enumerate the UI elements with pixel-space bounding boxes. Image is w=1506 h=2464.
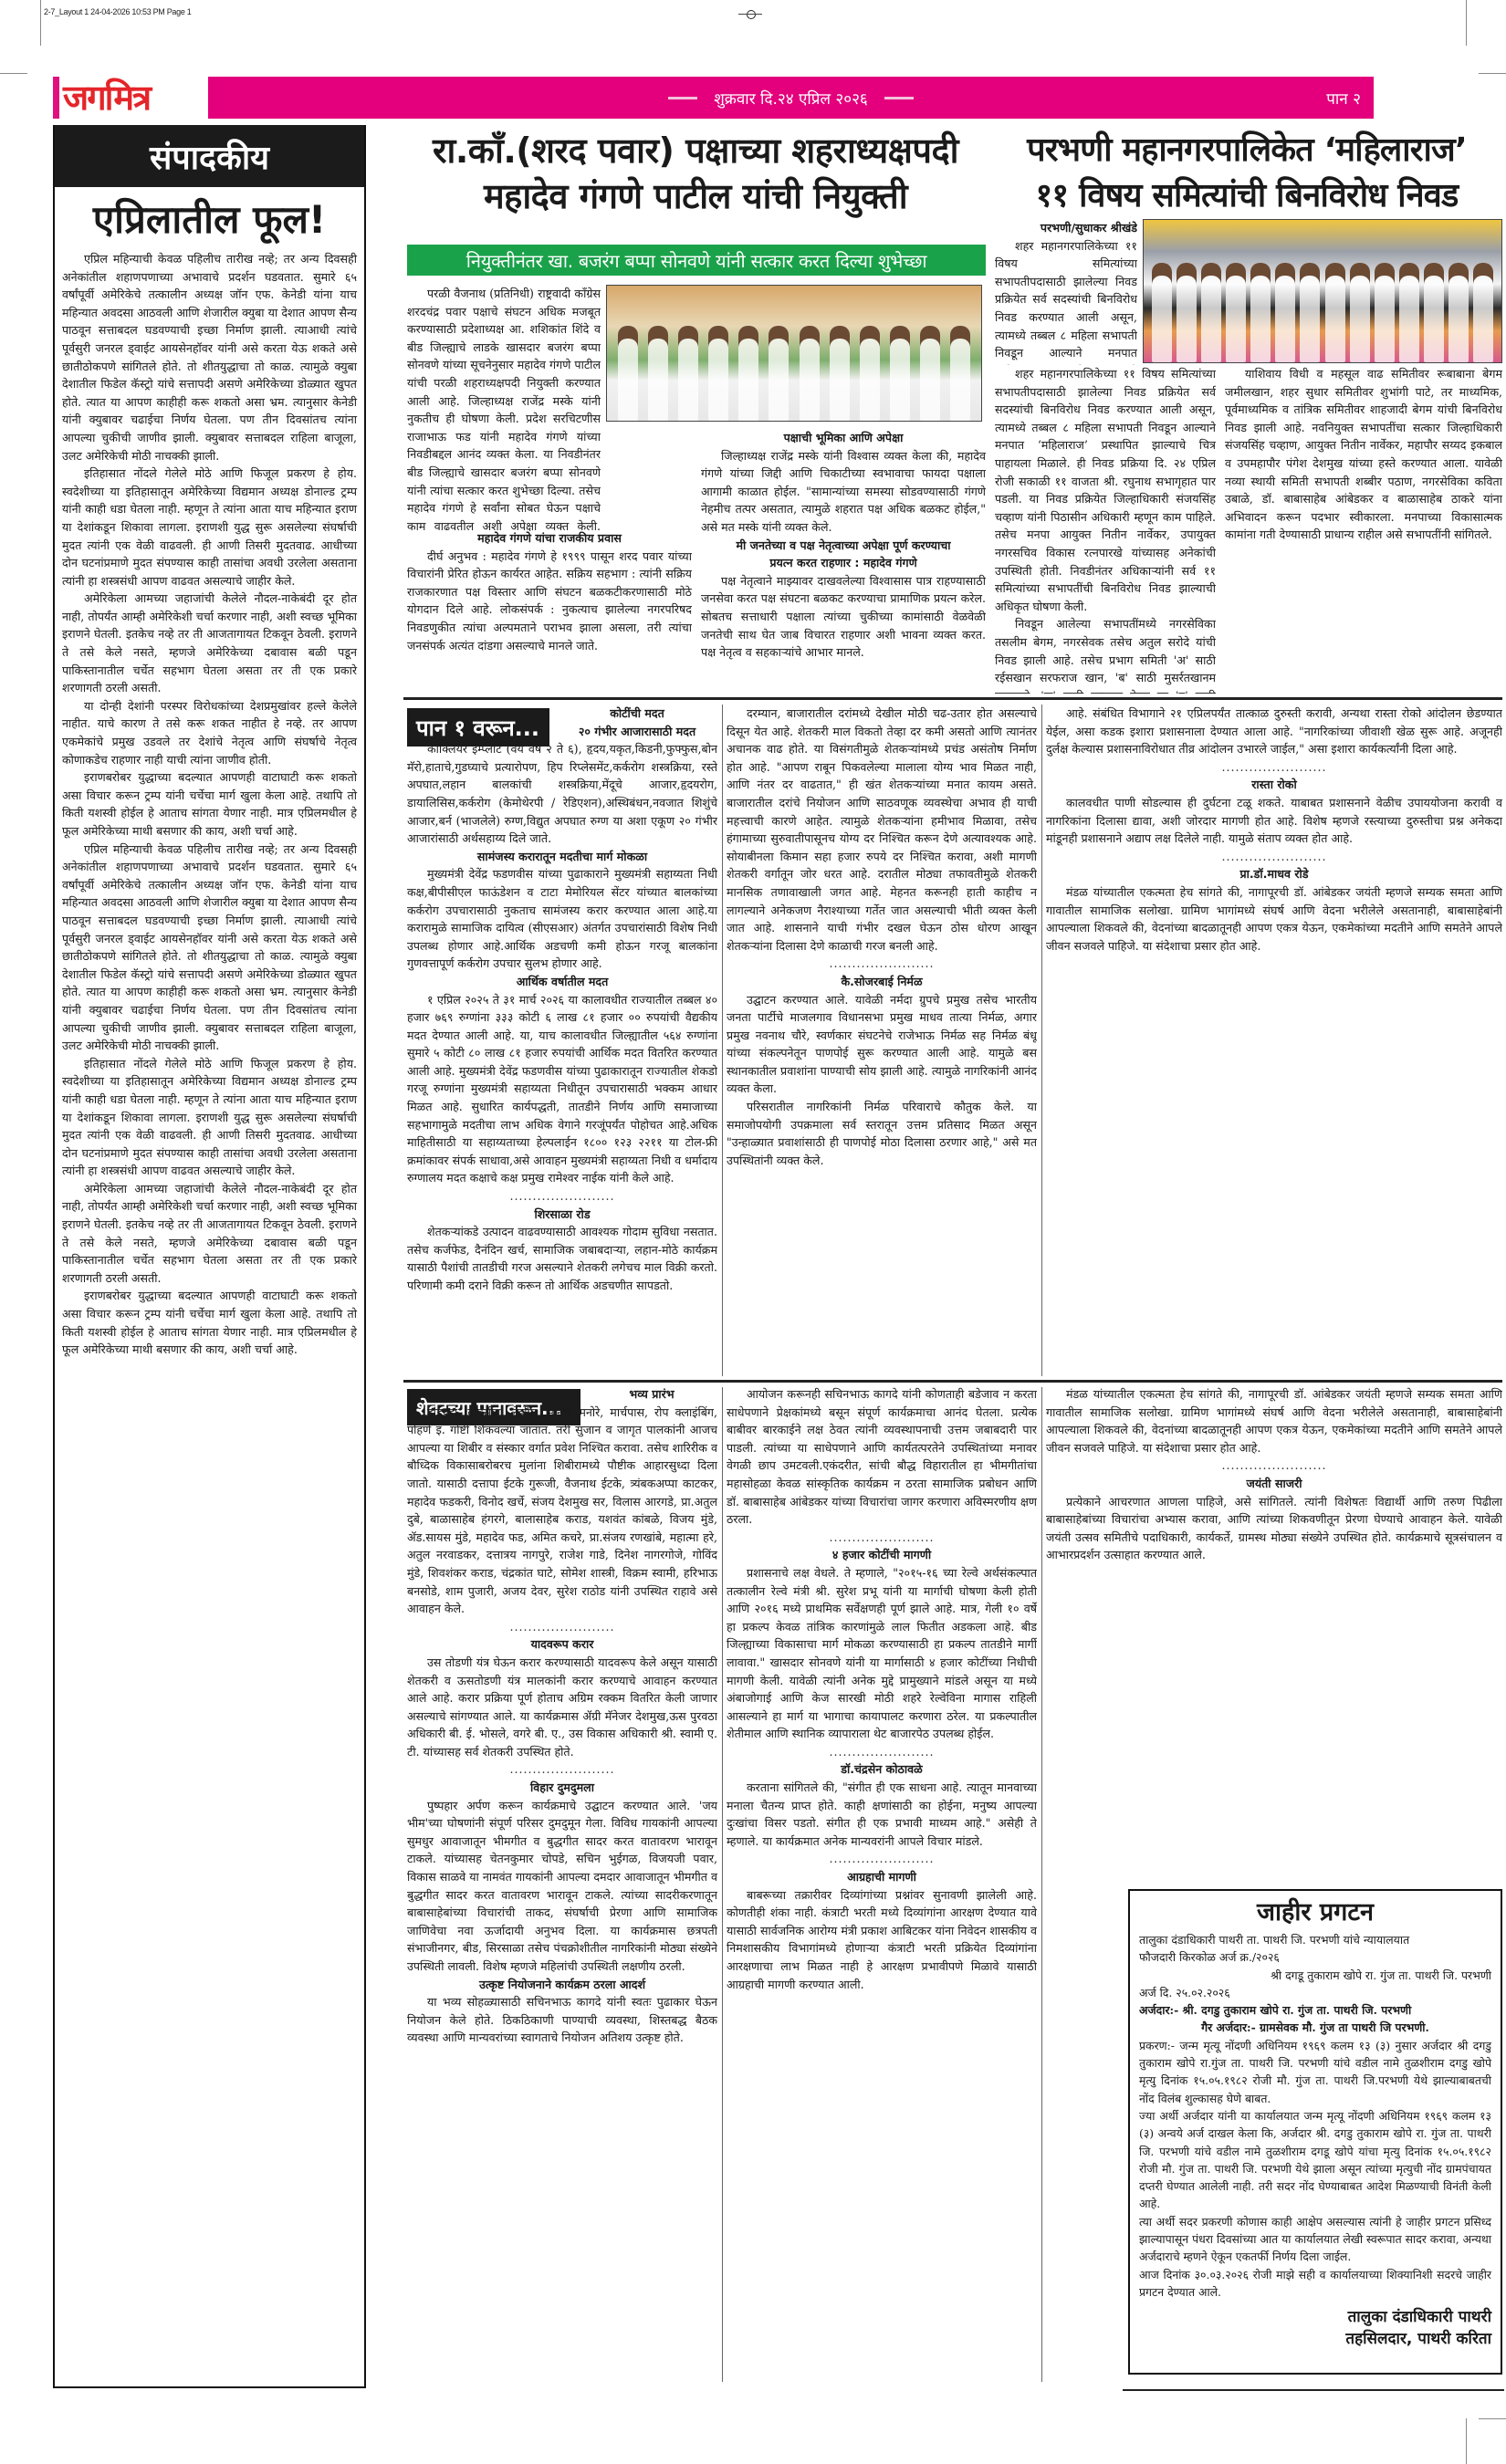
notice-date: अर्ज दि. २५.०२.२०२६ <box>1139 1984 1491 2001</box>
decorative-dash <box>884 97 914 99</box>
story-subhead: आग्रहाची मागणी <box>727 1868 1037 1886</box>
notice-body: ज्या अर्थी अर्जदार यांनी या कार्यालयात ज… <box>1139 2107 1491 2213</box>
separator-dots: ....................... <box>727 1529 1037 1547</box>
notice-party: श्री दगडू तुकाराम खोपे रा. गुंज ता. पाथर… <box>1139 1967 1491 1984</box>
public-notice-box: जाहीर प्रगटन तालुका दंडाधिकारी पाथरी ता.… <box>1128 1889 1502 2375</box>
story-text: निवडून आलेल्या सभापतींमध्ये नगरसेविका तस… <box>995 615 1216 694</box>
notice-title: जाहीर प्रगटन <box>1139 1895 1491 1931</box>
photo-figures <box>607 286 981 421</box>
news-photo-committee <box>1143 219 1502 363</box>
story-text: दीर्घ अनुभव : महादेव गंगणे हे १९९९ पासून… <box>407 548 692 655</box>
section-divider <box>403 697 1502 700</box>
editorial-paragraph: एप्रिल महिन्याची केवळ पहिलीच तारीख नव्हे… <box>62 250 357 465</box>
column-rule <box>1041 1387 1042 2382</box>
separator-dots: ....................... <box>727 955 1037 973</box>
parbhani-story-col-2: शहर महानगरपालिकेच्या ११ विषय समित्यांच्य… <box>995 365 1216 694</box>
separator-dots: ....................... <box>1046 758 1502 777</box>
news-photo-felicitation <box>606 285 982 422</box>
editorial-body: एप्रिल महिन्याची केवळ पहिलीच तारीख नव्हे… <box>55 250 364 1359</box>
story-text: मंडळ यांच्यातील एकत्मता हेच सांगते की, न… <box>1046 1385 1502 1456</box>
story-subhead: यादवरूप करार <box>407 1635 717 1654</box>
notice-court: तालुका दंडाधिकारी पाथरी ता. पाथरी जि. पर… <box>1139 1931 1491 1948</box>
separator-dots: ....................... <box>727 1850 1037 1868</box>
editorial-paragraph: इतिहासात नोंदले गेलेले मोठे आणि फिजूल प्… <box>62 1055 357 1180</box>
separator-dots: ....................... <box>727 1743 1037 1761</box>
issue-date-text: शुक्रवार दि.२४ एप्रिल २०२६ <box>714 88 868 109</box>
story-text: पक्ष नेतृत्वाने माझ्यावर दाखवलेल्या विश्… <box>701 572 986 662</box>
story-subhead: प्रा.डॉ.माधव रोडे <box>1046 865 1502 883</box>
editorial-paragraph: इराणबरोबर युद्धाच्या बदल्यात आपणही वाटाघ… <box>62 1287 357 1358</box>
notice-body: त्या अर्थी सदर प्रकरणी कोणास काही आक्षेप… <box>1139 2213 1491 2266</box>
story-subhead: जयंती साजरी <box>1046 1475 1502 1493</box>
parbhani-story-col-3: याशिवाय विधी व महसूल वाढ समितीवर रूबाबान… <box>1225 365 1502 694</box>
story-text: उस तोडणी यंत्र घेऊन करार करण्यासाठी यादव… <box>407 1654 717 1761</box>
notice-closing: आज दिनांक ३०.०३.२०२६ रोजी माझे सही व कार… <box>1139 2266 1491 2302</box>
notice-body: प्रकरण:- जन्म मृत्यू नोंदणी अधिनियम १९६९… <box>1139 2037 1491 2107</box>
parbhani-story-col-1: परभणी/सुधाकर श्रीखंडे शहर महानगरपालिकेच्… <box>995 219 1137 365</box>
story-subhead: ४ हजार कोटींची मागणी <box>727 1546 1037 1564</box>
story-subhead: प्रयत्न करत राहणार : महादेव गंगणे <box>701 554 986 572</box>
signature-line: तहसिलदार, पाथरी करिता <box>1139 2328 1491 2350</box>
story-text: दरम्यान, बाजारातील दरांमध्ये देखील मोठी … <box>727 705 1037 955</box>
editorial-paragraph: अमेरिकेला आमच्या जहाजांची केलेले नौदल-ना… <box>62 1180 357 1288</box>
story-subhead: २० गंभीर आजारासाठी मदत <box>557 723 717 741</box>
photo-figures <box>1144 220 1501 362</box>
ncp-story-col-3: पक्षाची भूमिका आणि अपेक्षा जिल्हाध्यक्ष … <box>701 429 986 694</box>
story-text: मुख्यमंत्री देवेंद्र फडणवीस यांच्या पुढा… <box>407 865 717 973</box>
column-rule <box>722 1387 723 2382</box>
story-text: कालवधीत पाणी सोडल्यास ही दुर्घटना टळू शक… <box>1046 794 1502 848</box>
story-text: १ एप्रिल २०२५ ते ३१ मार्च २०२६ या कालावध… <box>407 991 717 1188</box>
crop-mark <box>1479 2418 1506 2419</box>
notice-respondent: गैर अर्जदार:- ग्रामसेवक मौ. गुंज ता पाथर… <box>1139 2019 1491 2036</box>
story-text: प्रत्येकाने आचरणात आणला पाहिजे, असे सांग… <box>1046 1493 1502 1564</box>
editorial-paragraph: या दोन्ही देशांनी परस्पर विरोधकांच्या दे… <box>62 697 357 768</box>
newspaper-logo: जगमित्र <box>53 75 208 120</box>
story-text: आहे. संबंधित विभागाने २१ एप्रिलपर्यंत ता… <box>1046 705 1502 758</box>
notice-signature: तालुका दंडाधिकारी पाथरी तहसिलदार, पाथरी … <box>1139 2306 1491 2350</box>
separator-dots: ....................... <box>407 1187 717 1206</box>
headline-line: परभणी महानगरपालिकेत ‘महिलाराज’ <box>991 128 1502 173</box>
ncp-story-col-1: परळी वैजनाथ (प्रतिनिधी) राष्ट्रवादी काँग… <box>407 285 601 533</box>
masthead-band: शुक्रवार दि.२४ एप्रिल २०२६ पान २ <box>208 77 1374 119</box>
story-subhead: कै.सोजरबाई निर्मळ <box>727 973 1037 991</box>
separator-dots: ....................... <box>1046 848 1502 866</box>
notice-case: फौजदारी किरकोळ अर्ज क्र./२०२६ <box>1139 1948 1491 1966</box>
headline-line: रा.काँ.(शरद पवार) पक्षाच्या शहराध्यक्षपद… <box>403 128 988 173</box>
separator-dots: ....................... <box>407 1760 717 1779</box>
story-subhead: कोटींची मदत <box>557 705 717 723</box>
column-rule <box>722 705 723 1376</box>
registration-mark-icon <box>744 5 757 25</box>
story-text: आयोजन करूनही सचिनभाऊ कागदे यांनी कोणताही… <box>727 1385 1037 1529</box>
center-lower-col: आयोजन करूनही सचिनभाऊ कागदे यांनी कोणताही… <box>727 1385 1037 2380</box>
editorial-section-label: संपादकीय <box>150 134 269 179</box>
story-subhead: विहार दुमदुमला <box>407 1779 717 1797</box>
story-text: या भव्य सोहळ्यासाठी सचिनभाऊ कागदे यांनी … <box>407 1993 717 2047</box>
middle-col: दरम्यान, बाजारातील दरांमध्ये देखील मोठी … <box>727 705 1037 1365</box>
headline-line: महादेव गंगणे पाटील यांची नियुक्ती <box>403 173 988 219</box>
story-text: कॉक्लियर इम्प्लांट (वय वर्ष २ ते ६), हृद… <box>407 740 717 848</box>
subheadline-banner: नियुक्तीनंतर खा. बजरंग बप्पा सोनवणे यांन… <box>407 245 986 276</box>
story-subhead: शिरसाळा रोड <box>407 1206 717 1224</box>
right-col: आहे. संबंधित विभागाने २१ एप्रिलपर्यंत ता… <box>1046 705 1502 1365</box>
separator-dots: ....................... <box>1046 1456 1502 1475</box>
story-subhead: महादेव गंगणे यांचा राजकीय प्रवास <box>407 529 692 548</box>
story-text: पुष्पहार अर्पण करून कार्यक्रमाचे उद्घाटन… <box>407 1797 717 1976</box>
column-rule <box>1041 705 1042 1376</box>
story-text: जिल्हाध्यक्ष राजेंद्र मस्के यांनी विश्वा… <box>701 447 986 537</box>
editorial-paragraph: अमेरिकेला आमच्या जहाजांची केलेले नौदल-ना… <box>62 590 357 697</box>
editorial-title: एप्रिलातील फूल! <box>55 193 364 245</box>
section-divider <box>403 1380 1502 1383</box>
story-subhead: डॉ.चंद्रसेन कोठावळे <box>727 1760 1037 1779</box>
story-subhead: रास्ता रोको <box>1046 776 1502 794</box>
headline-line: ११ विषय समित्यांची बिनविरोध निवड <box>991 173 1502 219</box>
story-byline: परभणी/सुधाकर श्रीखंडे <box>995 219 1137 237</box>
right-lower-col: मंडळ यांच्यातील एकत्मता हेच सांगते की, न… <box>1046 1385 1502 1878</box>
crop-mark <box>1466 0 1467 46</box>
story-text: उद्घाटन करण्यात आले. यावेळी नर्मदा ग्रुप… <box>727 991 1037 1099</box>
story-subhead: भव्य प्रारंभ <box>586 1385 717 1404</box>
story-text: याशिवाय विधी व महसूल वाढ समितीवर रूबाबान… <box>1225 365 1502 544</box>
story-subhead: सामंजस्य करारातून मदतीचा मार्ग मोकळा <box>407 848 717 866</box>
story-text: बाबरूच्या तक्रारीवर दिव्यांगांच्या प्रश्… <box>727 1886 1037 1994</box>
crop-mark <box>1466 2418 1467 2464</box>
story-subhead: आर्थिक वर्षातील मदत <box>407 973 717 991</box>
editorial-paragraph: इराणबरोबर युद्धाच्या बदल्यात आपणही वाटाघ… <box>62 768 357 840</box>
separator-dots: ....................... <box>407 1618 717 1636</box>
logo-text: जगमित्र <box>63 75 150 120</box>
editorial-column: संपादकीय एप्रिलातील फूल! एप्रिल महिन्याच… <box>53 125 366 2388</box>
masthead: जगमित्र शुक्रवार दि.२४ एप्रिल २०२६ पान २ <box>53 75 1374 120</box>
crop-mark <box>0 73 27 74</box>
crop-mark <box>40 0 41 46</box>
story-text: परिसरातील नागरिकांनी निर्मळ परिवाराचे कौ… <box>727 1098 1037 1169</box>
crop-mark <box>1479 73 1506 74</box>
page1-continued-col: कोटींची मदत २० गंभीर आजारासाठी मदत कॉक्ल… <box>407 705 717 1365</box>
headline-ncp: रा.काँ.(शरद पवार) पक्षाच्या शहराध्यक्षपद… <box>403 128 988 219</box>
story-text: शहर महानगरपालिकेच्या ११ विषय समित्यांच्य… <box>995 237 1137 365</box>
issue-date: शुक्रवार दि.२४ एप्रिल २०२६ <box>668 88 914 109</box>
story-text: दांडपट्टा, बॉक्सींग, लेझीम, मानवी मनोरे,… <box>407 1404 717 1618</box>
notice-rule <box>1123 2389 1504 2391</box>
notice-applicant: अर्जदार:- श्री. दगडु तुकाराम खोपे रा. गु… <box>1139 2001 1491 2019</box>
story-text: मंडळ यांच्यातील एकत्मता हेच सांगते की, न… <box>1046 883 1502 955</box>
editorial-section-header: संपादकीय <box>55 125 364 187</box>
headline-parbhani: परभणी महानगरपालिकेत ‘महिलाराज’ ११ विषय स… <box>991 128 1502 219</box>
logo-accent-bar <box>53 77 59 119</box>
editorial-paragraph: इतिहासात नोंदले गेलेले मोठे आणि फिजूल प्… <box>62 465 357 590</box>
signature-line: तालुका दंडाधिकारी पाथरी <box>1139 2306 1491 2328</box>
story-subhead: पक्षाची भूमिका आणि अपेक्षा <box>701 429 986 447</box>
page-number: पान २ <box>1326 88 1361 109</box>
ncp-story-col-2: महादेव गंगणे यांचा राजकीय प्रवास दीर्घ अ… <box>407 529 692 694</box>
story-text: प्रशासनाचे लक्ष वेधले. ते म्हणाले, "२०१५… <box>727 1564 1037 1743</box>
story-text: शेतकऱ्यांकडे उत्पादन वाढवण्यासाठी आवश्यक… <box>407 1223 717 1294</box>
story-text: करताना सांगितले की, "संगीत ही एक साधना आ… <box>727 1779 1037 1850</box>
story-text: शहर महानगरपालिकेच्या ११ विषय समित्यांच्य… <box>995 365 1216 615</box>
story-subhead: मी जनतेच्या व पक्ष नेतृत्वाच्या अपेक्षा … <box>701 537 986 555</box>
story-subhead: उत्कृष्ट नियोजनाने कार्यक्रम ठरला आदर्श <box>407 1976 717 1994</box>
decorative-dash <box>668 97 697 99</box>
editorial-paragraph: एप्रिल महिन्याची केवळ पहिलीच तारीख नव्हे… <box>62 840 357 1055</box>
lastpage-continued-col: भव्य प्रारंभ दांडपट्टा, बॉक्सींग, लेझीम,… <box>407 1385 717 2380</box>
story-text: परळी वैजनाथ (प्रतिनिधी) राष्ट्रवादी काँग… <box>407 285 601 533</box>
print-slug: 2-7_Layout 1 24-04-2026 10:53 PM Page 1 <box>44 7 191 16</box>
